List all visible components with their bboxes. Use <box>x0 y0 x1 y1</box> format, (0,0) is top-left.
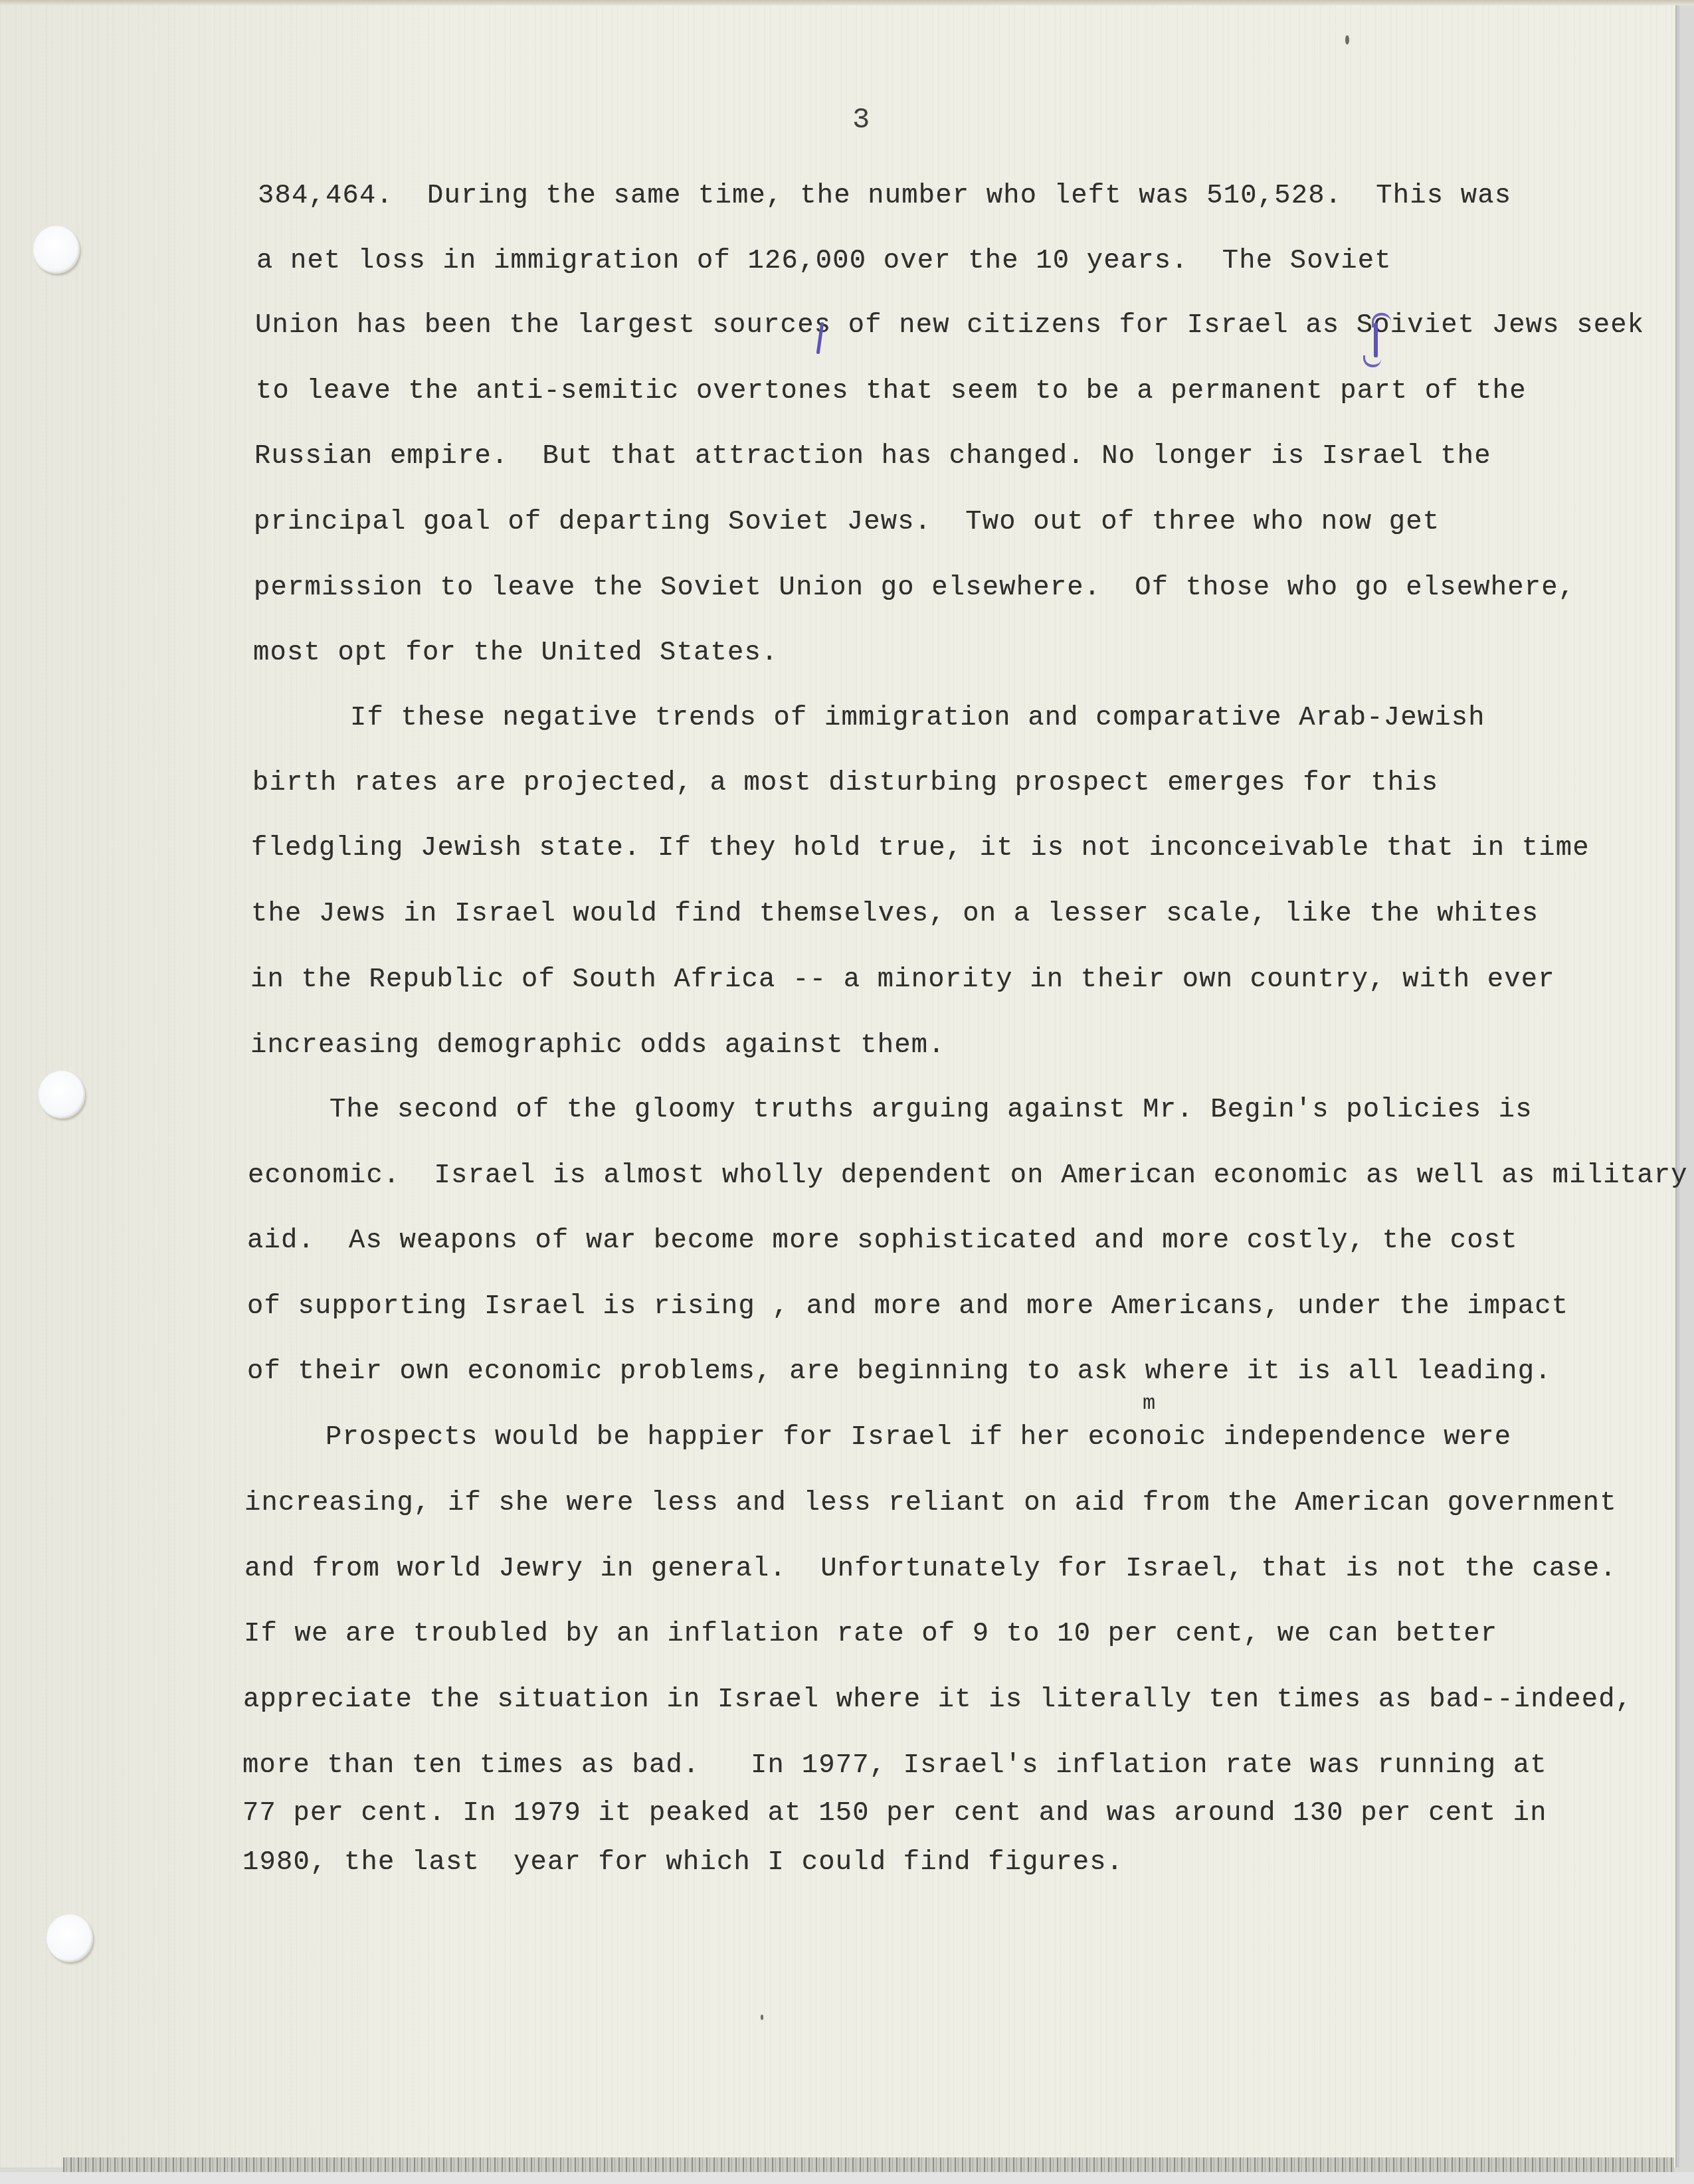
text-line: economic. Israel is almost wholly depend… <box>248 1160 1688 1191</box>
text-line: to leave the anti-semitic overtones that… <box>256 376 1527 407</box>
text-line: 1980, the last year for which I could fi… <box>242 1847 1123 1878</box>
text-line: in the Republic of South Africa -- a min… <box>250 964 1555 995</box>
text-line: principal goal of departing Soviet Jews.… <box>254 507 1440 537</box>
scan-border <box>0 2172 1694 2184</box>
text-line: birth rates are projected, a most distur… <box>252 768 1438 798</box>
text-line: 384,464. During the same time, the numbe… <box>258 181 1511 211</box>
text-line: 77 per cent. In 1979 it peaked at 150 pe… <box>242 1798 1547 1829</box>
text-line: of their own economic problems, are begi… <box>247 1356 1552 1387</box>
text-line: most opt for the United States. <box>253 638 779 668</box>
text-line: fledgling Jewish state. If they hold tru… <box>251 833 1590 864</box>
ink-close-up-mark-bottom <box>1363 355 1381 367</box>
text-line: aid. As weapons of war become more sophi… <box>247 1226 1518 1256</box>
text-line: Union has been the largest sources of ne… <box>255 310 1644 341</box>
text-line: more than ten times as bad. In 1977, Isr… <box>242 1750 1547 1781</box>
page-number: 3 <box>852 104 870 137</box>
text-line: Prospects would be happier for Israel if… <box>326 1422 1511 1453</box>
text-line: increasing, if she were less and less re… <box>244 1488 1617 1518</box>
ink-deletion-mark-soviet <box>1374 323 1378 357</box>
text-line: If we are troubled by an inflation rate … <box>244 1619 1497 1649</box>
text-line: Russian empire. But that attraction has … <box>254 441 1491 472</box>
typewritten-page: 3 384,464. During the same time, the num… <box>0 5 1677 2167</box>
binder-hole-bottom <box>47 1914 93 1962</box>
typed-correction-m: m <box>1143 1391 1155 1415</box>
text-line: increasing demographic odds against them… <box>250 1030 945 1061</box>
text-line: appreciate the situation in Israel where… <box>243 1684 1632 1715</box>
text-line: a net loss in immigration of 126,000 ove… <box>256 246 1392 276</box>
paper-speck <box>761 2015 763 2020</box>
binder-hole-top <box>33 226 80 274</box>
paper-top-edge <box>0 0 1694 5</box>
text-line: the Jews in Israel would find themselves… <box>251 899 1539 929</box>
text-line: If these negative trends of immigration … <box>350 703 1485 733</box>
text-line: The second of the gloomy truths arguing … <box>329 1095 1533 1125</box>
text-line: of supporting Israel is rising , and mor… <box>247 1291 1568 1322</box>
text-line: and from world Jewry in general. Unfortu… <box>244 1554 1617 1584</box>
binder-hole-middle <box>39 1071 85 1119</box>
text-line: permission to leave the Soviet Union go … <box>254 573 1575 603</box>
paper-speck <box>1345 35 1349 45</box>
